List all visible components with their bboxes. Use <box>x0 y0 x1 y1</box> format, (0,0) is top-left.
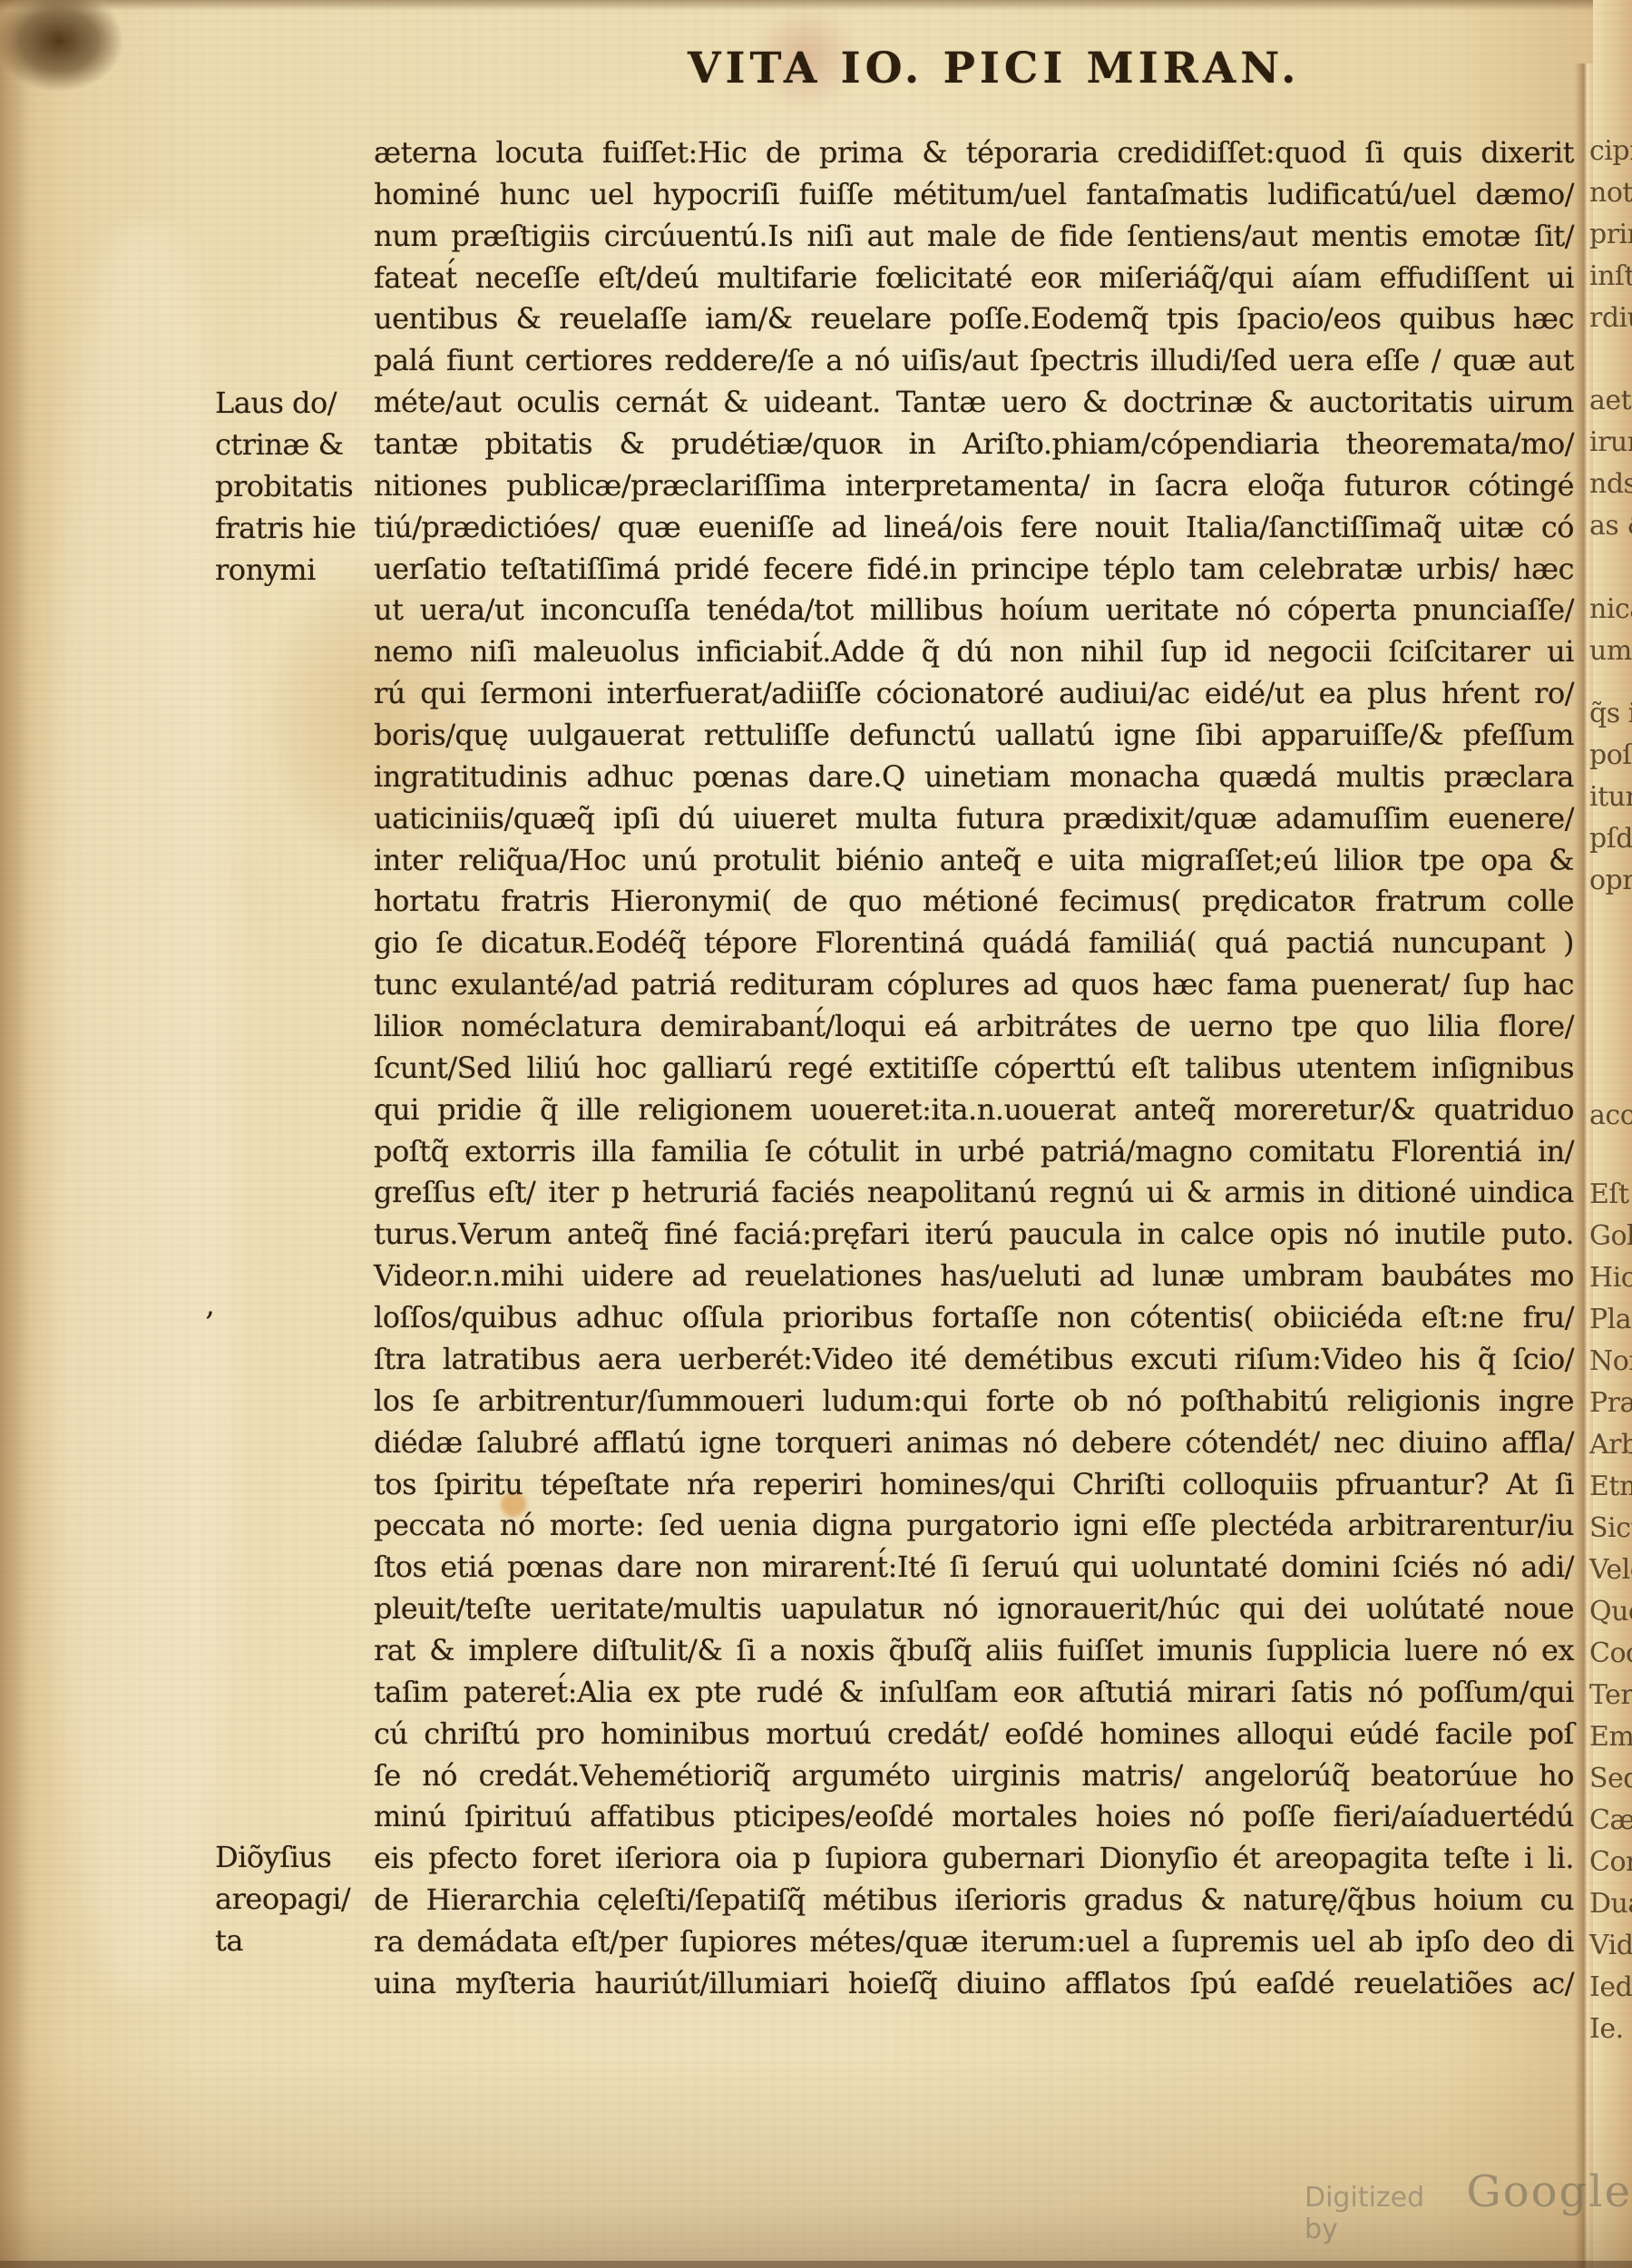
watermark-prefix: Digitized by <box>1305 2182 1453 2245</box>
body-text-line: uina myſteria hauriút/illumiari hoieſq̃ … <box>374 1963 1574 2005</box>
margin-note-line: Laus do/ <box>215 383 378 425</box>
edge-text-fragment: Præ <box>1589 1388 1632 1419</box>
body-text-line: palá fiunt certiores reddere/ſe a nó uiſ… <box>374 340 1574 382</box>
edge-text-fragment: inſtru <box>1589 261 1632 292</box>
body-text-line: Videor.n.mihi uidere ad reuelationes has… <box>374 1256 1574 1297</box>
edge-text-fragment: cipre <box>1589 136 1632 167</box>
body-text-line: ſcunt/Sed liliú hoc galliarú regé extiti… <box>374 1048 1574 1090</box>
body-text-line: ra demádata eſt/per ſupiores métes/quæ i… <box>374 1921 1574 1963</box>
margin-note-dionysius-areopagita: Diõyſiusareopagi/ta <box>215 1837 378 1962</box>
body-text-line: poſtq̃ extorris illa familia ſe cótulit … <box>374 1131 1574 1173</box>
body-text-line: rú qui ſermoni interfuerat/adiiſſe cócio… <box>374 673 1574 715</box>
edge-text-fragment: Que <box>1589 1597 1632 1628</box>
body-text-line: taſim pateret́:Alia ex pte rudé & inſulſ… <box>374 1672 1574 1714</box>
body-text-line: cú chriſtú pro hominibus mortuú credát/ … <box>374 1714 1574 1755</box>
edge-text-fragment: Teri <box>1589 1680 1632 1711</box>
edge-text-fragment: Ied <box>1589 1972 1632 2003</box>
body-text-line: hominé hunc uel hypocriſi fuiſſe métitum… <box>374 174 1574 216</box>
edge-text-fragment: itur <box>1589 782 1632 813</box>
margin-note-line: fratris hie <box>215 508 378 550</box>
margin-note-line: ctrinæ & <box>215 425 378 466</box>
body-text-line: méte/aut oculis cernát & uideant. Tantæ … <box>374 382 1574 424</box>
edge-text-fragment: Golſ <box>1589 1221 1632 1252</box>
body-text-line: tunc exulanté/ad patriá redituram cóplur… <box>374 964 1574 1006</box>
stray-ink-mark: ‚ <box>205 1286 215 1323</box>
body-text-line: minú ſpirituú affatibus pticipes/eoſdé m… <box>374 1796 1574 1838</box>
body-text-line: diédæ ſalubré afflatú igne torqueri anim… <box>374 1422 1574 1464</box>
edge-text-fragment: notis <box>1589 178 1632 209</box>
page-edge-top <box>0 0 1632 11</box>
edge-text-fragment: prima <box>1589 220 1632 250</box>
body-text-line: nemo niſi maleuolus inficiabit́.Adde q̃ … <box>374 631 1574 673</box>
margin-note-laus-doctrinae: Laus do/ctrinæ &probitatisfratris hieron… <box>215 383 378 591</box>
edge-text-fragment: nds <box>1589 469 1632 500</box>
edge-text-fragment: Hic <box>1589 1263 1632 1294</box>
next-page-edge-strip <box>1593 0 1632 2268</box>
edge-text-fragment: Sed b <box>1589 1764 1632 1794</box>
body-text-line: ſtra latratibus aera uerberét:Video ité … <box>374 1339 1574 1381</box>
body-text-line: los ſe arbitrentur/ſummoueri ludum:qui f… <box>374 1381 1574 1422</box>
margin-note-line: probitatis <box>215 466 378 508</box>
body-text-line: ſtos etiá pœnas dare non mirarent́:Ité ſ… <box>374 1547 1574 1589</box>
edge-text-fragment: Cooc <box>1589 1638 1632 1669</box>
edge-text-fragment: as & <box>1589 511 1632 542</box>
edge-text-fragment: Ie. <box>1589 2014 1624 2045</box>
page-title: VITA IO. PICI MIRAN. <box>688 44 1286 93</box>
body-text-line: uerſatio teſtatiſſimá pridé fecere fidé.… <box>374 549 1574 591</box>
edge-text-fragment: Vid <box>1589 1931 1632 1961</box>
edge-text-fragment: irum <box>1589 427 1632 458</box>
body-text-line: tantæ pbitatis & prudétiæ/quoʀ in Ariſto… <box>374 424 1574 465</box>
body-text-line: num præſtigiis circúuentú.Is niſi aut ma… <box>374 216 1574 258</box>
book-bottom-line <box>0 2261 1632 2268</box>
edge-text-fragment: Sicut <box>1589 1513 1632 1544</box>
edge-text-fragment: q̃s i <box>1589 699 1632 729</box>
edge-text-fragment: Conc <box>1589 1847 1632 1878</box>
body-text-line: uaticiniis/quæq̃ ipſi dú uiueret multa f… <box>374 798 1574 840</box>
margin-note-line: ta <box>215 1921 378 1962</box>
dark-corner-top-left <box>0 0 145 109</box>
edge-text-fragment: Cæn <box>1589 1805 1632 1836</box>
body-text-line: tiú/prædictióes/ quæ eueniſſe ad lineá/o… <box>374 507 1574 549</box>
edge-text-fragment: opre <box>1589 865 1632 896</box>
margin-note-line: ronymi <box>215 550 378 591</box>
body-text-line: nitiones publicæ/præclariſſima interpret… <box>374 465 1574 507</box>
body-text-line: gio ſe dicatuʀ.Eodéq̃ tépore Florentiná … <box>374 923 1574 964</box>
edge-text-fragment: Eſt le <box>1589 1179 1632 1210</box>
edge-text-fragment: pſd <box>1589 824 1632 855</box>
edge-text-fragment: Arbo <box>1589 1430 1632 1461</box>
edge-text-fragment: aetas <box>1589 386 1632 416</box>
body-text-line: loſſos/quibus adhuc oſſula prioribus for… <box>374 1297 1574 1339</box>
edge-text-fragment: acoſ <box>1589 1100 1632 1131</box>
body-text-line: tos ſpiritu tépeſtate nŕa reperiri homin… <box>374 1464 1574 1506</box>
google-logo-watermark: Google <box>1466 2166 1632 2217</box>
body-text-line: ſe nó credát.Vehemétioriq̃ arguméto uirg… <box>374 1755 1574 1797</box>
body-text-line: pleuit/teſte ueritate/multis uapulatuʀ n… <box>374 1589 1574 1630</box>
edge-text-fragment: Etmo <box>1589 1471 1632 1502</box>
body-text-line: fateat́ neceſſe eſt/deú multifarie fœlic… <box>374 258 1574 299</box>
body-text-line: uentibus & reuelaſſe iam/& reuelare poſſ… <box>374 298 1574 340</box>
digitized-watermark: Digitized by Google <box>1305 2166 1632 2245</box>
body-text-line: turus.Verum anteq̃ finé faciá:pręfari it… <box>374 1214 1574 1256</box>
worn-pale-left-margin <box>53 227 234 1996</box>
edge-text-fragment: nica <box>1589 594 1632 625</box>
body-text-line: qui pridie q̃ ille religionem uoueret:it… <box>374 1090 1574 1131</box>
edge-text-fragment: um t <box>1589 636 1632 667</box>
body-text-line: greſſus eſt/ iter p hetruriá faciés neap… <box>374 1172 1574 1214</box>
scanned-book-page: VITA IO. PICI MIRAN. æterna locuta fuiſſ… <box>0 0 1632 2268</box>
body-text-line: de Hierarchia cęleſti/ſepatiſq̃ métibus … <box>374 1880 1574 1921</box>
margin-note-line: areopagi/ <box>215 1879 378 1921</box>
body-text-line: hortatu fratris Hieronymi( de quo métion… <box>374 881 1574 923</box>
body-text-line: ingratitudinis adhuc pœnas dare.Q uineti… <box>374 757 1574 798</box>
edge-text-fragment: Emul <box>1589 1722 1632 1753</box>
page-edge-line <box>1575 64 1595 2268</box>
edge-text-fragment: Plan <box>1589 1305 1632 1335</box>
body-text-line: eis pfecto foret iſeriora oia p ſupiora … <box>374 1838 1574 1880</box>
body-text-line: æterna locuta fuiſſet:Hic de prima & tép… <box>374 132 1574 174</box>
body-text-line: inter reliq̃ua/Hoc unú protulit biénio a… <box>374 840 1574 882</box>
page-edge-left <box>0 0 31 2268</box>
margin-note-line: Diõyſius <box>215 1837 378 1879</box>
edge-text-fragment: Nor <box>1589 1346 1632 1377</box>
edge-text-fragment: Vele <box>1589 1555 1632 1586</box>
body-text-line: boris/quę uulgauerat rettuliſſe defunctú… <box>374 715 1574 757</box>
body-text-line: ut uera/ut inconcuſſa tenéda/tot millibu… <box>374 590 1574 631</box>
edge-text-fragment: Duar <box>1589 1889 1632 1920</box>
body-text-block: æterna locuta fuiſſet:Hic de prima & tép… <box>374 132 1574 2005</box>
body-text-line: lilioʀ noméclatura demirabant́/loqui eá … <box>374 1006 1574 1048</box>
edge-text-fragment: rdiui <box>1589 303 1632 334</box>
body-text-line: peccata nó morte: ſed uenia digna purgat… <box>374 1505 1574 1547</box>
body-text-line: rat & implere diſtulit/& ſi a noxis q̃bu… <box>374 1630 1574 1672</box>
edge-text-fragment: poſit <box>1589 740 1632 771</box>
